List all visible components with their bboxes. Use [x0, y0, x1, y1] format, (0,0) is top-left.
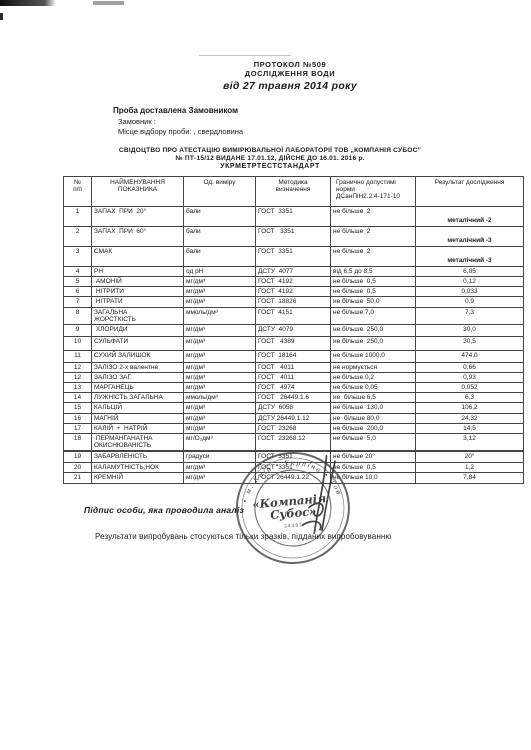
cell-name: ЗАЛІЗО ЗАГ.: [92, 372, 184, 382]
cell-method: ГОСТ 4151: [256, 307, 331, 324]
company-stamp: • м. Київ • Україна • Тов «Компанія Субо…: [225, 442, 361, 577]
sample-place: Місце відбору проби: , свердловина: [118, 127, 243, 136]
cell-result: 24,32: [416, 413, 524, 423]
cell-unit: бали: [184, 227, 256, 247]
cell-result: 0,93: [416, 372, 524, 382]
cell-method: ГОСТ 4389: [256, 336, 331, 350]
table-row: 7 НІТРАТИмг/дм³ГОСТ 18826не більше 50,00…: [64, 297, 524, 307]
cell-num: 14: [64, 393, 92, 403]
cell-name: НІТРИТИ: [92, 287, 184, 297]
cell-num: 17: [64, 423, 92, 433]
cell-method: ГОСТ 4974: [256, 383, 331, 393]
cell-unit: мг/дм³: [184, 413, 256, 423]
cell-limit: не більше 130,0: [331, 403, 416, 413]
table-row: 4РНод рНДСТУ 4077від 6,5 до 8,56,85: [64, 267, 524, 277]
certificate-line2: № ПТ-15/12 ВИДАНЕ 17.01.12, ДІЙСНЕ ДО 16…: [40, 155, 500, 163]
cell-unit: мг/дм³: [184, 287, 256, 297]
protocol-header: ПРОТОКОЛ №509 ДОСЛІДЖЕННЯ ВОДИ від 27 тр…: [70, 61, 510, 92]
cell-result: 7,84: [416, 472, 524, 483]
cell-num: 6: [64, 287, 92, 297]
cell-limit: не більше 7,0: [331, 307, 416, 324]
cell-name: ЛУЖНІСТЬ ЗАГАЛЬНА: [92, 393, 184, 403]
cell-limit: не більше 2: [331, 247, 416, 267]
table-row: 9 ХЛОРИДИмг/дм³ДСТУ 4079не більше 250,03…: [64, 324, 524, 336]
header-method: Методика визначення: [256, 177, 331, 207]
cell-limit: не більше 50,0: [331, 297, 416, 307]
cell-unit: мг/дм³: [184, 297, 256, 307]
cell-name: КАЛЬЦІЙ: [92, 403, 184, 413]
sample-delivered-by: Проба доставлена Замовником: [113, 106, 243, 116]
cell-result: металічний -2: [416, 207, 524, 227]
cell-method: ДСТУ 26449.1.12: [256, 413, 331, 423]
cell-num: 19: [64, 451, 92, 462]
cell-result: 0,66: [416, 362, 524, 372]
cell-name: ПЕРМАНГАНАТНА ОКИСНЮВАНІСТЬ: [92, 433, 184, 451]
cell-num: 2: [64, 227, 92, 247]
cell-unit: мг/дм³: [184, 372, 256, 382]
table-row: 1ЗАПАХ ПРИ 20°балиГОСТ 3351не більше 2ме…: [64, 207, 524, 227]
cell-result: 3,12: [416, 433, 524, 451]
table-row: 15КАЛЬЦІЙмг/дм³ДСТУ 6058не більше 130,01…: [64, 403, 524, 413]
cell-name: ХЛОРИДИ: [92, 324, 184, 336]
cell-unit: мг/дм³: [184, 423, 256, 433]
document-page: ПРОТОКОЛ №509 ДОСЛІДЖЕННЯ ВОДИ від 27 тр…: [0, 0, 531, 750]
cell-method: ГОСТ 26449.1.6: [256, 393, 331, 403]
cell-result: 6,85: [416, 267, 524, 277]
cell-result: 0,12: [416, 277, 524, 287]
cell-result: 1,2: [416, 462, 524, 472]
cell-num: 13: [64, 383, 92, 393]
table-row: 6 НІТРИТИмг/дм³ГОСТ 4192не більше 0,50,0…: [64, 287, 524, 297]
cell-result: 14,5: [416, 423, 524, 433]
protocol-date: від 27 травня 2014 року: [70, 80, 510, 92]
cell-unit: мг/дм³: [184, 336, 256, 350]
cell-unit: мг/дм³: [184, 362, 256, 372]
cell-unit: мг/дм³: [184, 403, 256, 413]
cell-unit: мг/дм³: [184, 383, 256, 393]
cell-unit: мг/дм³: [184, 324, 256, 336]
cell-unit: бали: [184, 247, 256, 267]
cell-name: КАЛІЙ + НАТРІЙ: [92, 423, 184, 433]
header-result: Результат дослідження: [416, 177, 524, 207]
cell-limit: не більше 1000,0: [331, 350, 416, 362]
table-row: 10СУЛЬФАТИмг/дм³ГОСТ 4389не більше 250,0…: [64, 336, 524, 350]
header-unit: Од. виміру: [184, 177, 256, 207]
signature-label: Підпис особи, яка проводила аналіз: [84, 505, 244, 515]
cell-unit: од рН: [184, 267, 256, 277]
cell-name: МАГНІЙ: [92, 413, 184, 423]
cell-method: ГОСТ 3351: [256, 207, 331, 227]
cell-limit: не більше 250,0: [331, 336, 416, 350]
table-row: 3СМАКбалиГОСТ 3351не більше 2металічний …: [64, 247, 524, 267]
cell-limit: не більше 0,2: [331, 372, 416, 382]
cell-name: НІТРАТИ: [92, 297, 184, 307]
certificate-line1: СВІДОЦТВО ПРО АТЕСТАЦІЮ ВИМІРЮВАЛЬНОЇ ЛА…: [40, 147, 500, 155]
cell-num: 9: [64, 324, 92, 336]
cell-method: ГОСТ 4011: [256, 372, 331, 382]
cell-method: ГОСТ 4192: [256, 287, 331, 297]
results-table-body: 1ЗАПАХ ПРИ 20°балиГОСТ 3351не більше 2ме…: [64, 207, 524, 484]
table-row: 14ЛУЖНІСТЬ ЗАГАЛЬНАммоль/дм³ГОСТ 26449.1…: [64, 393, 524, 403]
cell-result: 0,052: [416, 383, 524, 393]
stamp-code: 34482: [284, 522, 303, 530]
table-row: 8ЗАГАЛЬНА ЖОРСТКІСТЬммоль/дм³ГОСТ 4151не…: [64, 307, 524, 324]
table-row: 12ЗАЛІЗО ЗАГ.мг/дм³ГОСТ 4011не більше 0,…: [64, 372, 524, 382]
cell-limit: не більше 0,5: [331, 287, 416, 297]
cell-name: ЗАПАХ ПРИ 60°: [92, 227, 184, 247]
cell-num: 15: [64, 403, 92, 413]
cell-name: КАЛАМУТНІСТЬ,НОК: [92, 462, 184, 472]
cell-num: 7: [64, 297, 92, 307]
cell-method: ДСТУ 6058: [256, 403, 331, 413]
cell-name: КРЕМНІЙ: [92, 472, 184, 483]
cell-limit: не більше 250,0: [331, 324, 416, 336]
cell-name: СУЛЬФАТИ: [92, 336, 184, 350]
cell-name: ЗАГАЛЬНА ЖОРСТКІСТЬ: [92, 307, 184, 324]
header-limit: Гранично допустимі норми ДСанПіН2.2.4-17…: [331, 177, 416, 207]
disclaimer-text: Результати випробувань стосуються тільки…: [95, 532, 391, 541]
cell-method: ГОСТ 4192: [256, 277, 331, 287]
table-row: 12ЗАЛІЗО 2-х валентнемг/дм³ГОСТ 4011не н…: [64, 362, 524, 372]
cell-method: ГОСТ 23268: [256, 423, 331, 433]
header-num: № п/п: [64, 177, 92, 207]
cell-result: 6,3: [416, 393, 524, 403]
cell-num: 16: [64, 413, 92, 423]
cell-limit: не нормується: [331, 362, 416, 372]
cell-num: 5: [64, 277, 92, 287]
cell-num: 1: [64, 207, 92, 227]
cell-method: ДСТУ 4079: [256, 324, 331, 336]
cell-unit: мг/дм³: [184, 277, 256, 287]
sample-info: Проба доставлена Замовником Замовник : М…: [113, 106, 243, 137]
cell-num: 8: [64, 307, 92, 324]
cell-num: 18: [64, 433, 92, 451]
cell-result: 0,033: [416, 287, 524, 297]
cell-result: 30,5: [416, 336, 524, 350]
cell-result: 106,2: [416, 403, 524, 413]
table-row: 17КАЛІЙ + НАТРІЙмг/дм³ГОСТ 23268не більш…: [64, 423, 524, 433]
cell-name: СУХИЙ ЗАЛИШОК: [92, 350, 184, 362]
scan-artifact-tick: [0, 13, 3, 20]
cell-result: 20°: [416, 451, 524, 462]
cell-result: 30,0: [416, 324, 524, 336]
cell-num: 4: [64, 267, 92, 277]
cell-limit: не більше 200,0: [331, 423, 416, 433]
cell-limit: не більше 80,0: [331, 413, 416, 423]
cell-result: металічний -3: [416, 227, 524, 247]
cell-limit: не більше 0,5: [331, 277, 416, 287]
cell-method: ГОСТ 18164: [256, 350, 331, 362]
cell-unit: мг/О₂дм³: [184, 433, 256, 451]
cell-limit: не більше 2: [331, 207, 416, 227]
sample-customer: Замовник :: [118, 117, 243, 126]
cell-name: ЗАБАРВЛЕНІСТЬ: [92, 451, 184, 462]
cell-unit: мг/дм³: [184, 350, 256, 362]
cell-method: ДСТУ 4077: [256, 267, 331, 277]
cell-name: СМАК: [92, 247, 184, 267]
cell-num: 21: [64, 472, 92, 483]
cell-method: ГОСТ 18826: [256, 297, 331, 307]
cell-result: 0,9: [416, 297, 524, 307]
cell-num: 12: [64, 362, 92, 372]
cell-name: МАРГАНЕЦЬ: [92, 383, 184, 393]
scan-artifact-line: [199, 55, 291, 56]
cell-method: ГОСТ 3351: [256, 247, 331, 267]
cell-result: металічний -3: [416, 247, 524, 267]
table-row: 13МАРГАНЕЦЬмг/дм³ГОСТ 4974не більше 0,05…: [64, 383, 524, 393]
cell-name: РН: [92, 267, 184, 277]
cell-name: ЗАЛІЗО 2-х валентне: [92, 362, 184, 372]
cell-method: ГОСТ 4011: [256, 362, 331, 372]
cell-unit: ммоль/дм³: [184, 393, 256, 403]
cell-method: ГОСТ 3351: [256, 227, 331, 247]
cell-num: 10: [64, 336, 92, 350]
scan-artifact-bar: [0, 0, 56, 6]
lab-certificate: СВІДОЦТВО ПРО АТЕСТАЦІЮ ВИМІРЮВАЛЬНОЇ ЛА…: [40, 147, 500, 172]
results-table-header: № п/п НАЙМЕНУВАННЯ ПОКАЗНИКА Од. виміру …: [64, 177, 524, 207]
scan-artifact-bar: [93, 1, 124, 5]
table-row: 2ЗАПАХ ПРИ 60°балиГОСТ 3351не більше 2ме…: [64, 227, 524, 247]
certificate-line3: УКРМЕТРТЕСТСТАНДАРТ: [40, 163, 500, 172]
cell-unit: бали: [184, 207, 256, 227]
cell-limit: не більше 6,5: [331, 393, 416, 403]
cell-limit: не більше 0,05: [331, 383, 416, 393]
protocol-subtitle: ДОСЛІДЖЕННЯ ВОДИ: [70, 70, 510, 79]
cell-result: 474,0: [416, 350, 524, 362]
cell-limit: від 6,5 до 8,5: [331, 267, 416, 277]
header-name: НАЙМЕНУВАННЯ ПОКАЗНИКА: [92, 177, 184, 207]
cell-num: 20: [64, 462, 92, 472]
table-row: 11СУХИЙ ЗАЛИШОКмг/дм³ГОСТ 18164не більше…: [64, 350, 524, 362]
cell-num: 11: [64, 350, 92, 362]
cell-result: 7,3: [416, 307, 524, 324]
table-row: 16МАГНІЙмг/дм³ДСТУ 26449.1.12не більше 8…: [64, 413, 524, 423]
results-table: № п/п НАЙМЕНУВАННЯ ПОКАЗНИКА Од. виміру …: [63, 176, 524, 484]
cell-limit: не більше 2: [331, 227, 416, 247]
cell-name: АМОНІЙ: [92, 277, 184, 287]
cell-num: 3: [64, 247, 92, 267]
cell-unit: ммоль/дм³: [184, 307, 256, 324]
cell-num: 12: [64, 372, 92, 382]
table-row: 5 АМОНІЙмг/дм³ГОСТ 4192не більше 0,50,12: [64, 277, 524, 287]
cell-name: ЗАПАХ ПРИ 20°: [92, 207, 184, 227]
